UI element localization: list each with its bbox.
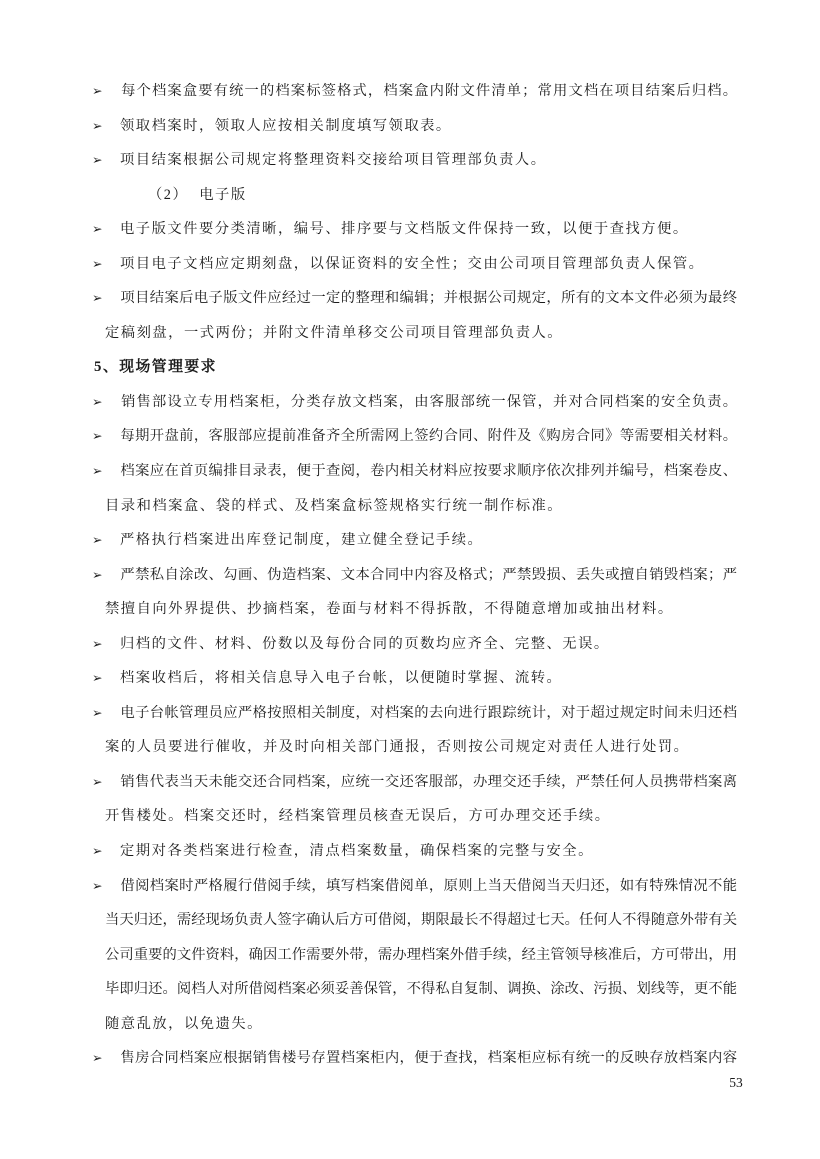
bullet-item-continuation: 目录和档案盒、袋的样式、及档案盒标签规格实行统一制作标准。 (105, 489, 737, 524)
bullet-item-text: 每个档案盒要有统一的档案标签格式，档案盒内附文件清单；常用文档在项目结案后归档。 (120, 83, 737, 99)
arrow-bullet-icon: ➢ (92, 281, 120, 316)
bullet-item-text: 禁擅自向外界提供、抄摘档案，卷面与材料不得拆散，不得随意增加或抽出材料。 (105, 601, 674, 617)
bullet-item: ➢每期开盘前，客服部应提前准备齐全所需网上签约合同、附件及《购房合同》等需要相关… (92, 419, 737, 454)
bullet-item-text: 领取档案时，领取人应按相关制度填写领取表。 (120, 118, 452, 134)
bullet-item-text: 归档的文件、材料、份数以及每份合同的页数均应齐全、完整、无误。 (120, 636, 610, 652)
arrow-bullet-icon: ➢ (92, 558, 120, 593)
bullet-item-text: 借阅档案时严格履行借阅手续，填写档案借阅单，原则上当天借阅当天归还，如有特殊情况… (120, 878, 737, 894)
bullet-item: ➢严格执行档案进出库登记制度，建立健全登记手续。 (92, 523, 737, 558)
subheading-title: 电子版 (199, 187, 246, 203)
arrow-bullet-icon: ➢ (92, 454, 120, 489)
arrow-bullet-icon: ➢ (92, 74, 120, 109)
bullet-item: ➢项目结案后电子版文件应经过一定的整理和编辑；并根据公司规定，所有的文本文件必须… (92, 281, 737, 316)
bullet-item-text: 销售代表当天未能交还合同档案，应统一交还客服部，办理交还手续，严禁任何人员携带档… (120, 774, 737, 790)
bullet-item-continuation: 毕即归还。阅档人对所借阅档案必须妥善保管，不得私自复制、调换、涂改、污损、划线等… (105, 972, 737, 1007)
bullet-item: ➢定期对各类档案进行检查，清点档案数量，确保档案的完整与安全。 (92, 834, 737, 869)
bullet-item: ➢项目结案根据公司规定将整理资料交接给项目管理部负责人。 (92, 143, 737, 178)
arrow-bullet-icon: ➢ (92, 696, 120, 731)
arrow-bullet-icon: ➢ (92, 523, 120, 558)
bullet-item-text: 公司重要的文件资料，确因工作需要外带，需办理档案外借手续，经主管领导核准后，方可… (105, 947, 737, 963)
bullet-item-text: 案的人员要进行催收，并及时向相关部门通报，否则按公司规定对责任人进行处罚。 (105, 739, 689, 755)
bullet-item-continuation: 当天归还，需经现场负责人签字确认后方可借阅，期限最长不得超过七天。任何人不得随意… (105, 903, 737, 938)
arrow-bullet-icon: ➢ (92, 661, 120, 696)
bullet-item-continuation: 定稿刻盘，一式两份；并附文件清单移交公司项目管理部负责人。 (105, 316, 737, 351)
bullet-item-text: 档案应在首页编排目录表，便于查阅，卷内相关材料应按要求顺序依次排列并编号，档案卷… (120, 463, 737, 479)
bullet-item-continuation: 公司重要的文件资料，确因工作需要外带，需办理档案外借手续，经主管领导核准后，方可… (105, 938, 737, 973)
bullet-item: ➢借阅档案时严格履行借阅手续，填写档案借阅单，原则上当天借阅当天归还，如有特殊情… (92, 869, 737, 904)
bullet-item-text: 销售部设立专用档案柜，分类存放文档案，由客服部统一保管，并对合同档案的安全负责。 (120, 394, 737, 410)
arrow-bullet-icon: ➢ (92, 247, 120, 282)
bullet-item: ➢归档的文件、材料、份数以及每份合同的页数均应齐全、完整、无误。 (92, 627, 737, 662)
bullet-item: ➢领取档案时，领取人应按相关制度填写领取表。 (92, 109, 737, 144)
arrow-bullet-icon: ➢ (92, 627, 120, 662)
bullet-item: ➢档案收档后，将相关信息导入电子台帐，以便随时掌握、流转。 (92, 661, 737, 696)
arrow-bullet-icon: ➢ (92, 212, 120, 247)
bullet-item-text: 当天归还，需经现场负责人签字确认后方可借阅，期限最长不得超过七天。任何人不得随意… (105, 912, 737, 928)
arrow-bullet-icon: ➢ (92, 765, 120, 800)
subheading-number: （2） (148, 187, 188, 203)
bullet-item: ➢每个档案盒要有统一的档案标签格式，档案盒内附文件清单；常用文档在项目结案后归档… (92, 74, 737, 109)
arrow-bullet-icon: ➢ (92, 419, 120, 454)
bullet-item-text: 电子台帐管理员应严格按照相关制度，对档案的去向进行跟踪统计，对于超过规定时间未归… (120, 705, 737, 721)
bullet-item-text: 定稿刻盘，一式两份；并附文件清单移交公司项目管理部负责人。 (105, 325, 563, 341)
bullet-item-continuation: 禁擅自向外界提供、抄摘档案，卷面与材料不得拆散，不得随意增加或抽出材料。 (105, 592, 737, 627)
arrow-bullet-icon: ➢ (92, 834, 120, 869)
bullet-item-continuation: 案的人员要进行催收，并及时向相关部门通报，否则按公司规定对责任人进行处罚。 (105, 730, 737, 765)
arrow-bullet-icon: ➢ (92, 385, 120, 420)
bullet-item-text: 目录和档案盒、袋的样式、及档案盒标签规格实行统一制作标准。 (105, 498, 563, 514)
arrow-bullet-icon: ➢ (92, 869, 120, 904)
bullet-item-continuation: 开售楼处。档案交还时，经档案管理员核查无误后，方可办理交还手续。 (105, 799, 737, 834)
arrow-bullet-icon: ➢ (92, 109, 120, 144)
bullet-item-text: 档案收档后，将相关信息导入电子台帐，以便随时掌握、流转。 (120, 670, 562, 686)
bullet-item-text: 严禁私自涂改、勾画、伪造档案、文本合同中内容及格式；严禁毁损、丢失或擅自销毁档案… (120, 567, 737, 583)
bullet-item-continuation: 随意乱放，以免遗失。 (105, 1007, 737, 1042)
bullet-item-text: 毕即归还。阅档人对所借阅档案必须妥善保管，不得私自复制、调换、涂改、污损、划线等… (105, 981, 737, 997)
bullet-item-text: 项目结案后电子版文件应经过一定的整理和编辑；并根据公司规定，所有的文本文件必须为… (120, 290, 737, 306)
page-number: 53 (718, 1070, 754, 1096)
bullet-item-text: 严格执行档案进出库登记制度，建立健全登记手续。 (120, 532, 483, 548)
bullet-item: ➢销售代表当天未能交还合同档案，应统一交还客服部，办理交还手续，严禁任何人员携带… (92, 765, 737, 800)
document-page: ➢每个档案盒要有统一的档案标签格式，档案盒内附文件清单；常用文档在项目结案后归档… (0, 0, 820, 1159)
bullet-item-text: 项目电子文档应定期刻盘，以保证资料的安全性；交由公司项目管理部负责人保管。 (120, 256, 704, 272)
section-heading: 5、现场管理要求 (94, 350, 737, 385)
bullet-item-text: 每期开盘前，客服部应提前准备齐全所需网上签约合同、附件及《购房合同》等需要相关材… (120, 428, 737, 444)
numbered-subheading: （2）电子版 (148, 178, 737, 213)
bullet-item: ➢售房合同档案应根据销售楼号存置档案柜内，便于查找，档案柜应标有统一的反映存放档… (92, 1041, 737, 1076)
bullet-item-text: 电子版文件要分类清晰，编号、排序要与文档版文件保持一致，以便于查找方便。 (120, 221, 689, 237)
bullet-item: ➢项目电子文档应定期刻盘，以保证资料的安全性；交由公司项目管理部负责人保管。 (92, 247, 737, 282)
arrow-bullet-icon: ➢ (92, 143, 120, 178)
bullet-item-text: 定期对各类档案进行检查，清点档案数量，确保档案的完整与安全。 (120, 843, 594, 859)
bullet-item-text: 随意乱放，以免遗失。 (105, 1016, 263, 1032)
bullet-item-text: 开售楼处。档案交还时，经档案管理员核查无误后，方可办理交还手续。 (105, 808, 611, 824)
bullet-item-text: 项目结案根据公司规定将整理资料交接给项目管理部负责人。 (120, 152, 547, 168)
document-content: ➢每个档案盒要有统一的档案标签格式，档案盒内附文件清单；常用文档在项目结案后归档… (92, 74, 737, 1076)
bullet-item: ➢电子版文件要分类清晰，编号、排序要与文档版文件保持一致，以便于查找方便。 (92, 212, 737, 247)
bullet-item-text: 售房合同档案应根据销售楼号存置档案柜内，便于查找，档案柜应标有统一的反映存放档案… (120, 1050, 737, 1066)
bullet-item: ➢档案应在首页编排目录表，便于查阅，卷内相关材料应按要求顺序依次排列并编号，档案… (92, 454, 737, 489)
bullet-item: ➢严禁私自涂改、勾画、伪造档案、文本合同中内容及格式；严禁毁损、丢失或擅自销毁档… (92, 558, 737, 593)
bullet-item: ➢销售部设立专用档案柜，分类存放文档案，由客服部统一保管，并对合同档案的安全负责… (92, 385, 737, 420)
arrow-bullet-icon: ➢ (92, 1041, 120, 1076)
bullet-item: ➢电子台帐管理员应严格按照相关制度，对档案的去向进行跟踪统计，对于超过规定时间未… (92, 696, 737, 731)
